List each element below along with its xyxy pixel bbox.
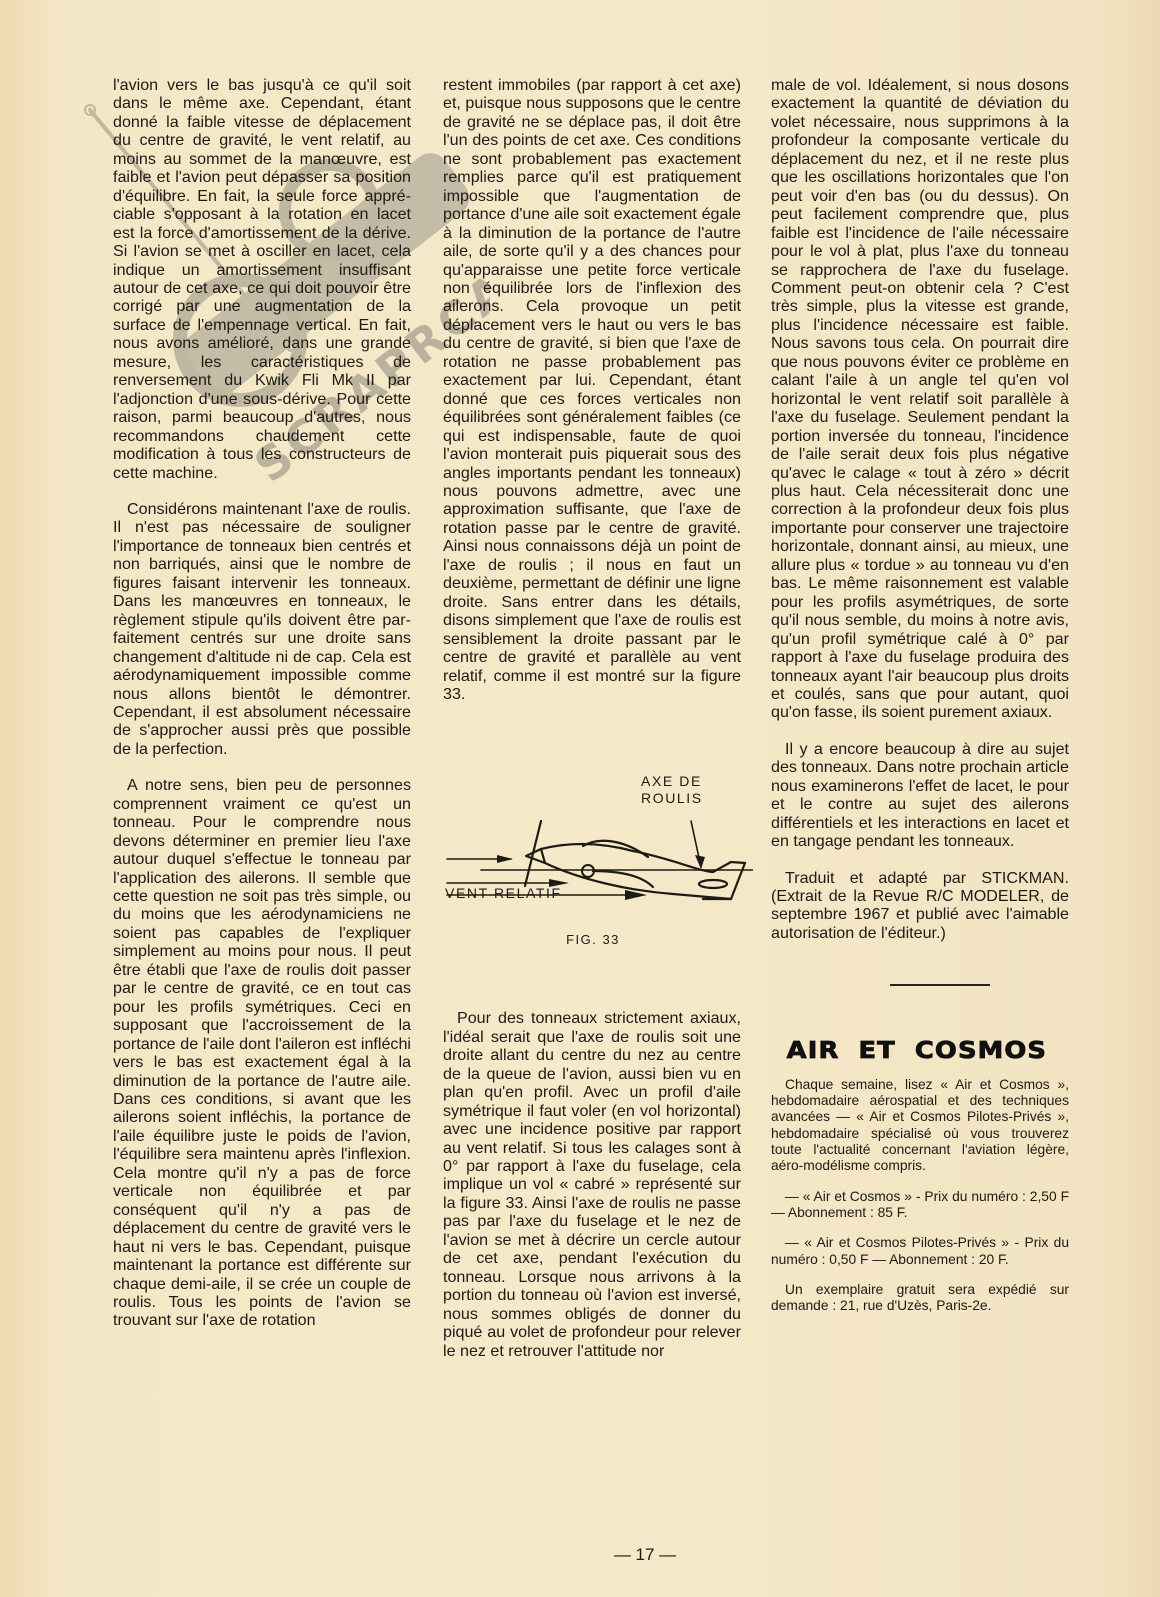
advert-address-paragraph: Un exemplaire gratuit sera expédié sur d… <box>771 1282 1069 1315</box>
figure-label-line: ROULIS <box>641 790 703 807</box>
article-paragraph: restent immobiles (par rapport à cet axe… <box>443 76 741 703</box>
figure-label-line: AXE DE <box>641 773 703 790</box>
figure-33-roll-axis-diagram: AXE DE ROULIS VENT RELATIF FIG. 33 <box>433 759 753 939</box>
page-number: — 17 — <box>0 1545 1160 1565</box>
article-column-left: l'avion vers le bas jusqu'à ce qu'il soi… <box>113 76 411 1330</box>
article-column-right: male de vol. Idéalement, si nous dosons … <box>771 76 1069 1314</box>
advert-title: AIR ET COSMOS <box>771 1042 1105 1060</box>
figure-label-roll-axis: AXE DE ROULIS <box>641 773 703 807</box>
article-paragraph: Considérons maintenant l'axe de roulis. … <box>113 500 411 758</box>
advert-price-paragraph: — « Air et Cosmos » - Prix du nu­méro : … <box>771 1189 1069 1222</box>
article-paragraph: Il y a encore beaucoup à dire au sujet d… <box>771 740 1069 851</box>
figure-caption: FIG. 33 <box>433 931 753 949</box>
advert-paragraph: Chaque semaine, lisez « Air et Cos­mos »… <box>771 1077 1069 1175</box>
advert-price-paragraph: — « Air et Cosmos Pilotes-Privés » - Pri… <box>771 1235 1069 1268</box>
article-paragraph: l'avion vers le bas jusqu'à ce qu'il soi… <box>113 76 411 482</box>
magazine-page: SCRAPRCAI.COM l'avion vers le bas jusqu'… <box>0 0 1160 1597</box>
article-paragraph: male de vol. Idéalement, si nous dosons … <box>771 76 1069 722</box>
advert-body: Chaque semaine, lisez « Air et Cos­mos »… <box>771 1077 1069 1315</box>
article-column-middle: restent immobiles (par rapport à cet axe… <box>443 76 741 1360</box>
figure-label-relative-wind: VENT RELATIF <box>445 885 562 902</box>
article-paragraph: A notre sens, bien peu de per­sonnes com… <box>113 776 411 1330</box>
credit-paragraph: Traduit et adapté par STICKMAN. (Extrait… <box>771 869 1069 943</box>
section-divider <box>890 984 990 986</box>
article-paragraph: Pour des tonneaux strictement axiaux, l'… <box>443 1009 741 1360</box>
